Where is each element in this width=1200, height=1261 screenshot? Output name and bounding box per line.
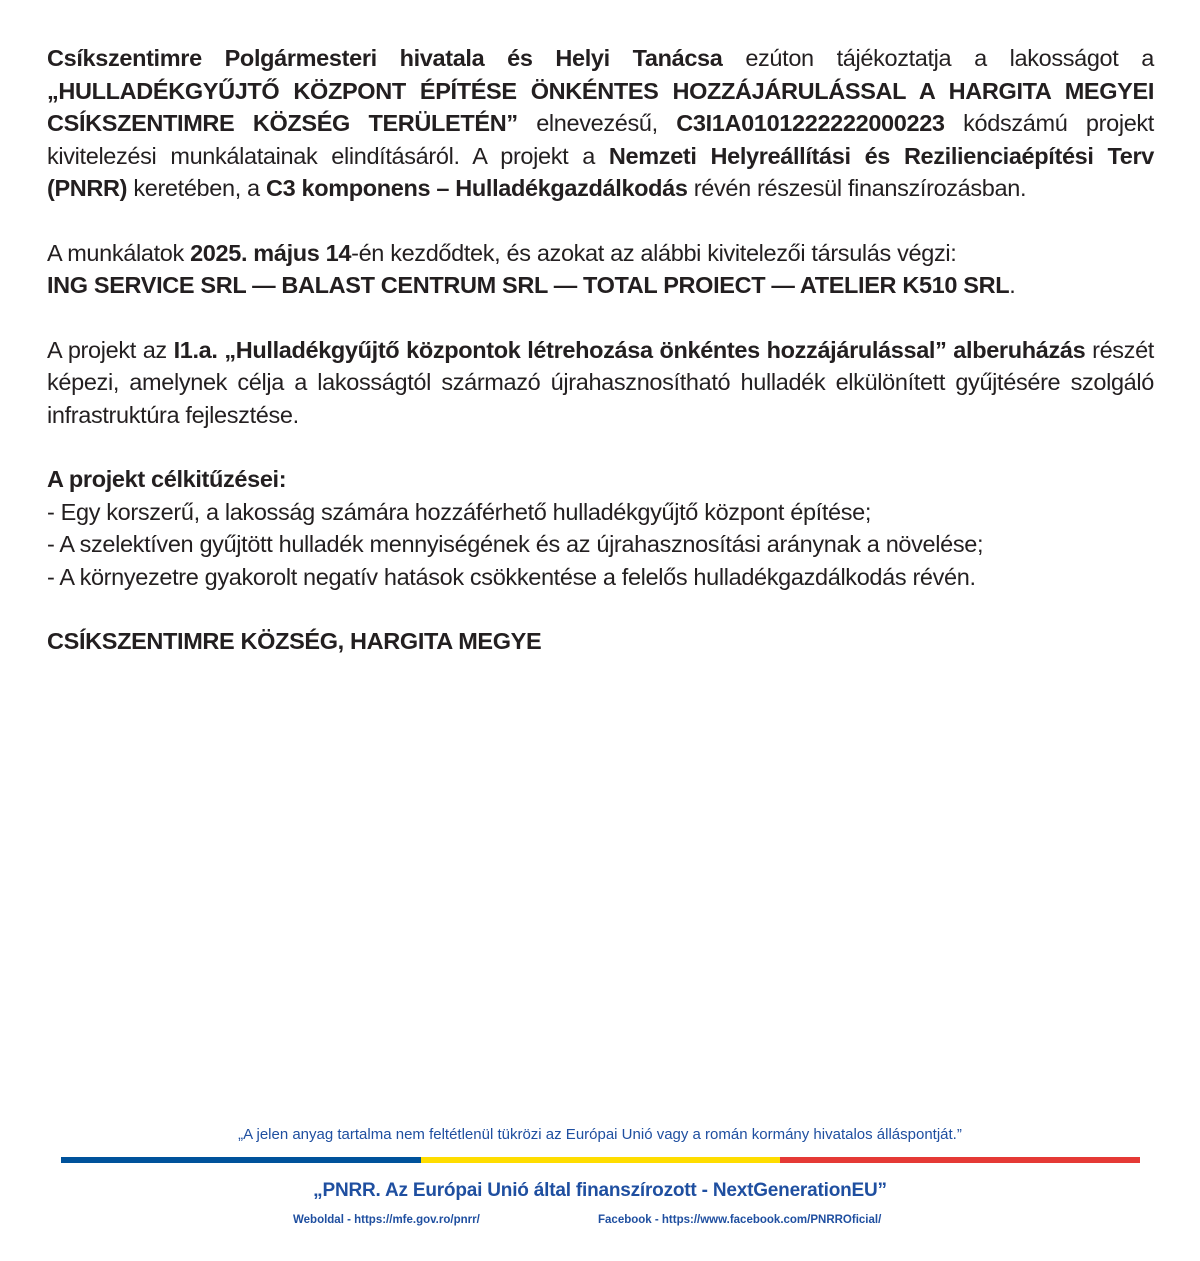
flag-bar-blue bbox=[61, 1157, 421, 1163]
goal-item: - Egy korszerű, a lakosság számára hozzá… bbox=[47, 496, 1154, 529]
project-code: C3I1A0101222222000223 bbox=[676, 110, 944, 136]
goals-title: A projekt célkitűzései: bbox=[47, 463, 1154, 496]
website-link[interactable]: Weboldal - https://mfe.gov.ro/pnrr/ bbox=[293, 1214, 480, 1226]
goal-item: - A szelektíven gyűjtött hulladék mennyi… bbox=[47, 528, 1154, 561]
announcement-body: Csíkszentimre Polgármesteri hivatala és … bbox=[47, 42, 1154, 681]
works-paragraph: A munkálatok 2025. május 14-én kezdődtek… bbox=[47, 237, 1154, 302]
flag-color-bar bbox=[61, 1157, 1140, 1163]
signature: CSÍKSZENTIMRE KÖZSÉG, HARGITA MEGYE bbox=[47, 625, 1154, 658]
facebook-link[interactable]: Facebook - https://www.facebook.com/PNRR… bbox=[598, 1214, 881, 1226]
flag-bar-red bbox=[780, 1157, 1140, 1163]
subinvestment-paragraph: A projekt az I1.a. „Hulladékgyűjtő közpo… bbox=[47, 334, 1154, 432]
component-name: C3 komponens – Hulladékgazdálkodás bbox=[266, 175, 688, 201]
organization-name: Csíkszentimre Polgármesteri hivatala és … bbox=[47, 45, 723, 71]
subinvestment-name: I1.a. „Hulladékgyűjtő központok létrehoz… bbox=[174, 337, 1086, 363]
intro-paragraph: Csíkszentimre Polgármesteri hivatala és … bbox=[47, 42, 1154, 205]
disclaimer: „A jelen anyag tartalma nem feltétlenül … bbox=[0, 1126, 1200, 1143]
contractors: ING SERVICE SRL — BALAST CENTRUM SRL — T… bbox=[47, 272, 1009, 298]
slogan: „PNRR. Az Európai Unió által finanszíroz… bbox=[0, 1180, 1200, 1202]
flag-bar-yellow bbox=[421, 1157, 781, 1163]
goal-item: - A környezetre gyakorolt negatív hatáso… bbox=[47, 561, 1154, 594]
start-date: 2025. május 14 bbox=[190, 240, 351, 266]
